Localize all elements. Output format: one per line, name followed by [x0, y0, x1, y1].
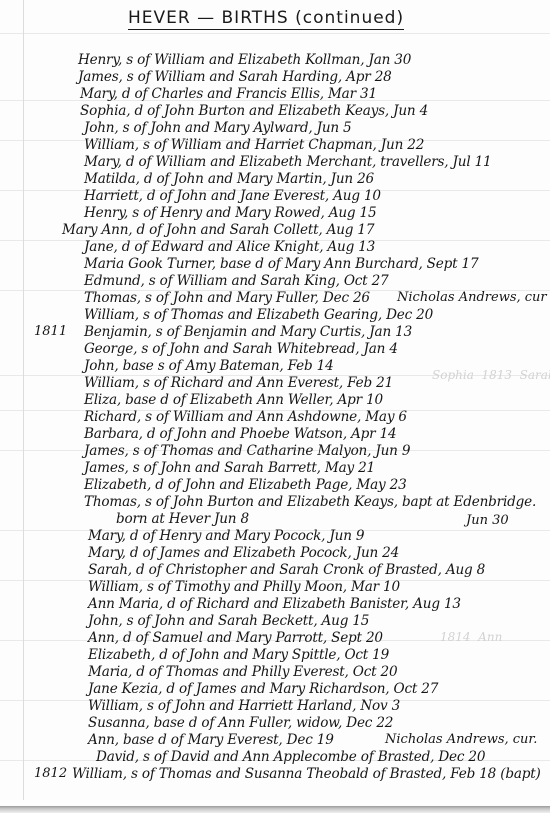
- birth-entry: Thomas, s of John and Mary Fuller, Dec 2…: [84, 290, 370, 306]
- birth-entry: Susanna, base d of Ann Fuller, widow, De…: [88, 715, 393, 731]
- birth-entry: Elizabeth, d of John and Elizabeth Page,…: [84, 477, 407, 493]
- baptism-date-note: Jun 30: [466, 513, 509, 528]
- birth-entry: William, s of Richard and Ann Everest, F…: [84, 375, 393, 391]
- birth-entry: David, s of David and Ann Applecombe of …: [96, 749, 485, 765]
- page-title: HEVER — BIRTHS (continued): [128, 8, 404, 30]
- birth-entry: Mary, d of William and Elizabeth Merchan…: [84, 154, 492, 170]
- birth-entry: James, s of John and Sarah Barrett, May …: [84, 460, 375, 476]
- year-label: 1811: [34, 324, 67, 339]
- birth-entry: Maria Gook Turner, base d of Mary Ann Bu…: [84, 256, 478, 272]
- birth-entry: William, s of Thomas and Susanna Theobal…: [72, 766, 541, 782]
- birth-entry: Mary, d of Henry and Mary Pocock, Jun 9: [88, 528, 364, 544]
- curate-signature: Nicholas Andrews, cur.: [385, 732, 537, 747]
- birth-entry: Sarah, d of Christopher and Sarah Cronk …: [88, 562, 485, 578]
- bleed-through-text: 1814 Ann: [440, 630, 502, 644]
- birth-entry: John, base s of Amy Bateman, Feb 14: [84, 358, 334, 374]
- birth-entry: Harriett, d of John and Jane Everest, Au…: [84, 188, 381, 204]
- year-label: 1812: [34, 766, 67, 781]
- page-bottom-edge: [0, 806, 550, 813]
- birth-entry-continuation: born at Hever Jun 8: [116, 511, 249, 527]
- birth-entry: Mary, d of James and Elizabeth Pocock, J…: [88, 545, 399, 561]
- birth-entry: Maria, d of Thomas and Philly Everest, O…: [88, 664, 397, 680]
- birth-entry: George, s of John and Sarah Whitebread, …: [84, 341, 398, 357]
- birth-entry: Ann Maria, d of Richard and Elizabeth Ba…: [88, 596, 461, 612]
- birth-entry: William, s of John and Harriett Harland,…: [88, 698, 400, 714]
- birth-entry: William, s of Thomas and Elizabeth Geari…: [84, 307, 433, 323]
- ruled-line: [0, 33, 550, 34]
- birth-entry: Edmund, s of William and Sarah King, Oct…: [84, 273, 388, 289]
- birth-entry: William, s of William and Harriet Chapma…: [84, 137, 424, 153]
- birth-entry: Thomas, s of John Burton and Elizabeth K…: [84, 494, 536, 510]
- birth-entry: William, s of Timothy and Philly Moon, M…: [88, 579, 400, 595]
- birth-entry: Eliza, base d of Elizabeth Ann Weller, A…: [84, 392, 383, 408]
- birth-entry: Jane, d of Edward and Alice Knight, Aug …: [84, 239, 375, 255]
- birth-entry: John, s of John and Sarah Beckett, Aug 1…: [88, 613, 369, 629]
- birth-entry: James, s of William and Sarah Harding, A…: [78, 69, 392, 85]
- birth-entry: James, s of Thomas and Catharine Malyon,…: [84, 443, 410, 459]
- notebook-page: Sophia 1813 Sarah 1814 Ann HEVER — BIRTH…: [0, 0, 550, 813]
- birth-entry: Richard, s of William and Ann Ashdowne, …: [84, 409, 407, 425]
- birth-entry: Mary, d of Charles and Francis Ellis, Ma…: [80, 86, 377, 102]
- bleed-through-text: Sophia 1813 Sarah: [432, 368, 550, 382]
- curate-signature: Nicholas Andrews, cur: [397, 290, 547, 305]
- birth-entry: Ann, d of Samuel and Mary Parrott, Sept …: [88, 630, 383, 646]
- birth-entry: John, s of John and Mary Aylward, Jun 5: [84, 120, 352, 136]
- birth-entry: Sophia, d of John Burton and Elizabeth K…: [80, 103, 428, 119]
- birth-entry: Elizabeth, d of John and Mary Spittle, O…: [88, 647, 389, 663]
- margin-line: [23, 0, 24, 800]
- birth-entry: Matilda, d of John and Mary Martin, Jun …: [84, 171, 374, 187]
- birth-entry: Benjamin, s of Benjamin and Mary Curtis,…: [84, 324, 412, 340]
- birth-entry: Mary Ann, d of John and Sarah Collett, A…: [62, 222, 374, 238]
- birth-entry: Henry, s of William and Elizabeth Kollma…: [78, 52, 411, 68]
- birth-entry: Jane Kezia, d of James and Mary Richards…: [88, 681, 438, 697]
- birth-entry: Henry, s of Henry and Mary Rowed, Aug 15: [84, 205, 376, 221]
- birth-entry: Barbara, d of John and Phoebe Watson, Ap…: [84, 426, 397, 442]
- birth-entry: Ann, base d of Mary Everest, Dec 19: [88, 732, 334, 748]
